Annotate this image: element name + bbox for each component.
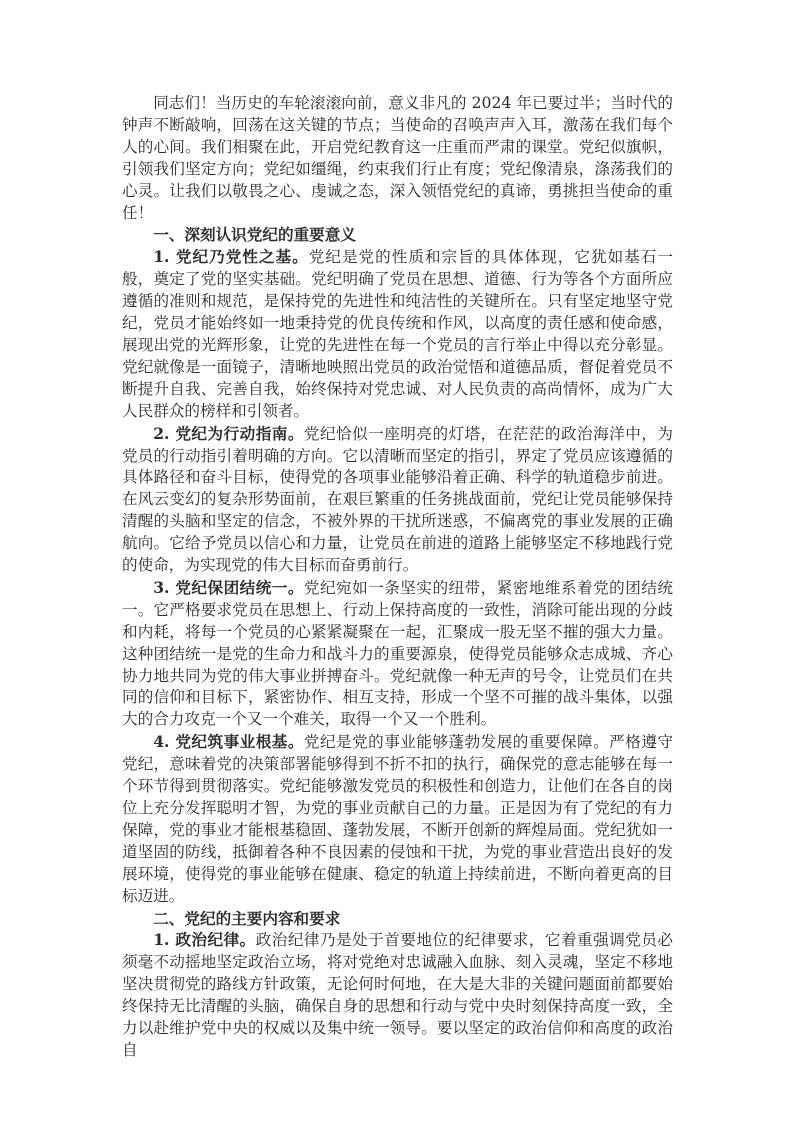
paragraph-body: 党纪是党的性质和宗旨的具体体现，它犹如基石一般，奠定了党的坚实基础。党纪明确了党… <box>122 248 673 419</box>
paragraph-1-2: 2. 党纪为行动指南。党纪恰似一座明亮的灯塔，在茫茫的政治海洋中，为党员的行动指… <box>122 423 673 577</box>
paragraph-1-3: 3. 党纪保团结统一。党纪宛如一条坚实的纽带，紧密地维系着党的团结统一。它严格要… <box>122 577 673 731</box>
paragraph-1-1: 1. 党纪乃党性之基。党纪是党的性质和宗旨的具体体现，它犹如基石一般，奠定了党的… <box>122 246 673 422</box>
paragraph-body: 党纪是党的事业能够蓬勃发展的重要保障。严格遵守党纪，意味着党的决策部署能够得到不… <box>122 733 673 904</box>
document-page: 同志们！当历史的车轮滚滚向前，意义非凡的 2024 年已要过半；当时代的钟声不断… <box>122 93 673 1062</box>
section-heading-1: 一、深刻认识党纪的重要意义 <box>122 224 673 246</box>
paragraph-lead: 1. 政治纪律。 <box>153 930 256 949</box>
intro-paragraph: 同志们！当历史的车轮滚滚向前，意义非凡的 2024 年已要过半；当时代的钟声不断… <box>122 93 673 224</box>
paragraph-lead: 4. 党纪筑事业根基。 <box>153 732 304 751</box>
paragraph-lead: 3. 党纪保团结统一。 <box>153 578 304 597</box>
paragraph-body: 政治纪律乃是处于首要地位的纪律要求，它着重强调党员必须毫不动摇地坚定政治立场，将… <box>122 931 673 1059</box>
paragraph-body: 党纪恰似一座明亮的灯塔，在茫茫的政治海洋中，为党员的行动指引着明确的方向。它以清… <box>122 425 673 574</box>
paragraph-lead: 2. 党纪为行动指南。 <box>153 424 304 443</box>
paragraph-1-4: 4. 党纪筑事业根基。党纪是党的事业能够蓬勃发展的重要保障。严格遵守党纪，意味着… <box>122 731 673 907</box>
section-heading-2: 二、党纪的主要内容和要求 <box>122 908 673 930</box>
paragraph-2-1: 1. 政治纪律。政治纪律乃是处于首要地位的纪律要求，它着重强调党员必须毫不动摇地… <box>122 929 673 1061</box>
paragraph-body: 党纪宛如一条坚实的纽带，紧密地维系着党的团结统一。它严格要求党员在思想上、行动上… <box>122 579 673 728</box>
paragraph-lead: 1. 党纪乃党性之基。 <box>153 247 309 266</box>
